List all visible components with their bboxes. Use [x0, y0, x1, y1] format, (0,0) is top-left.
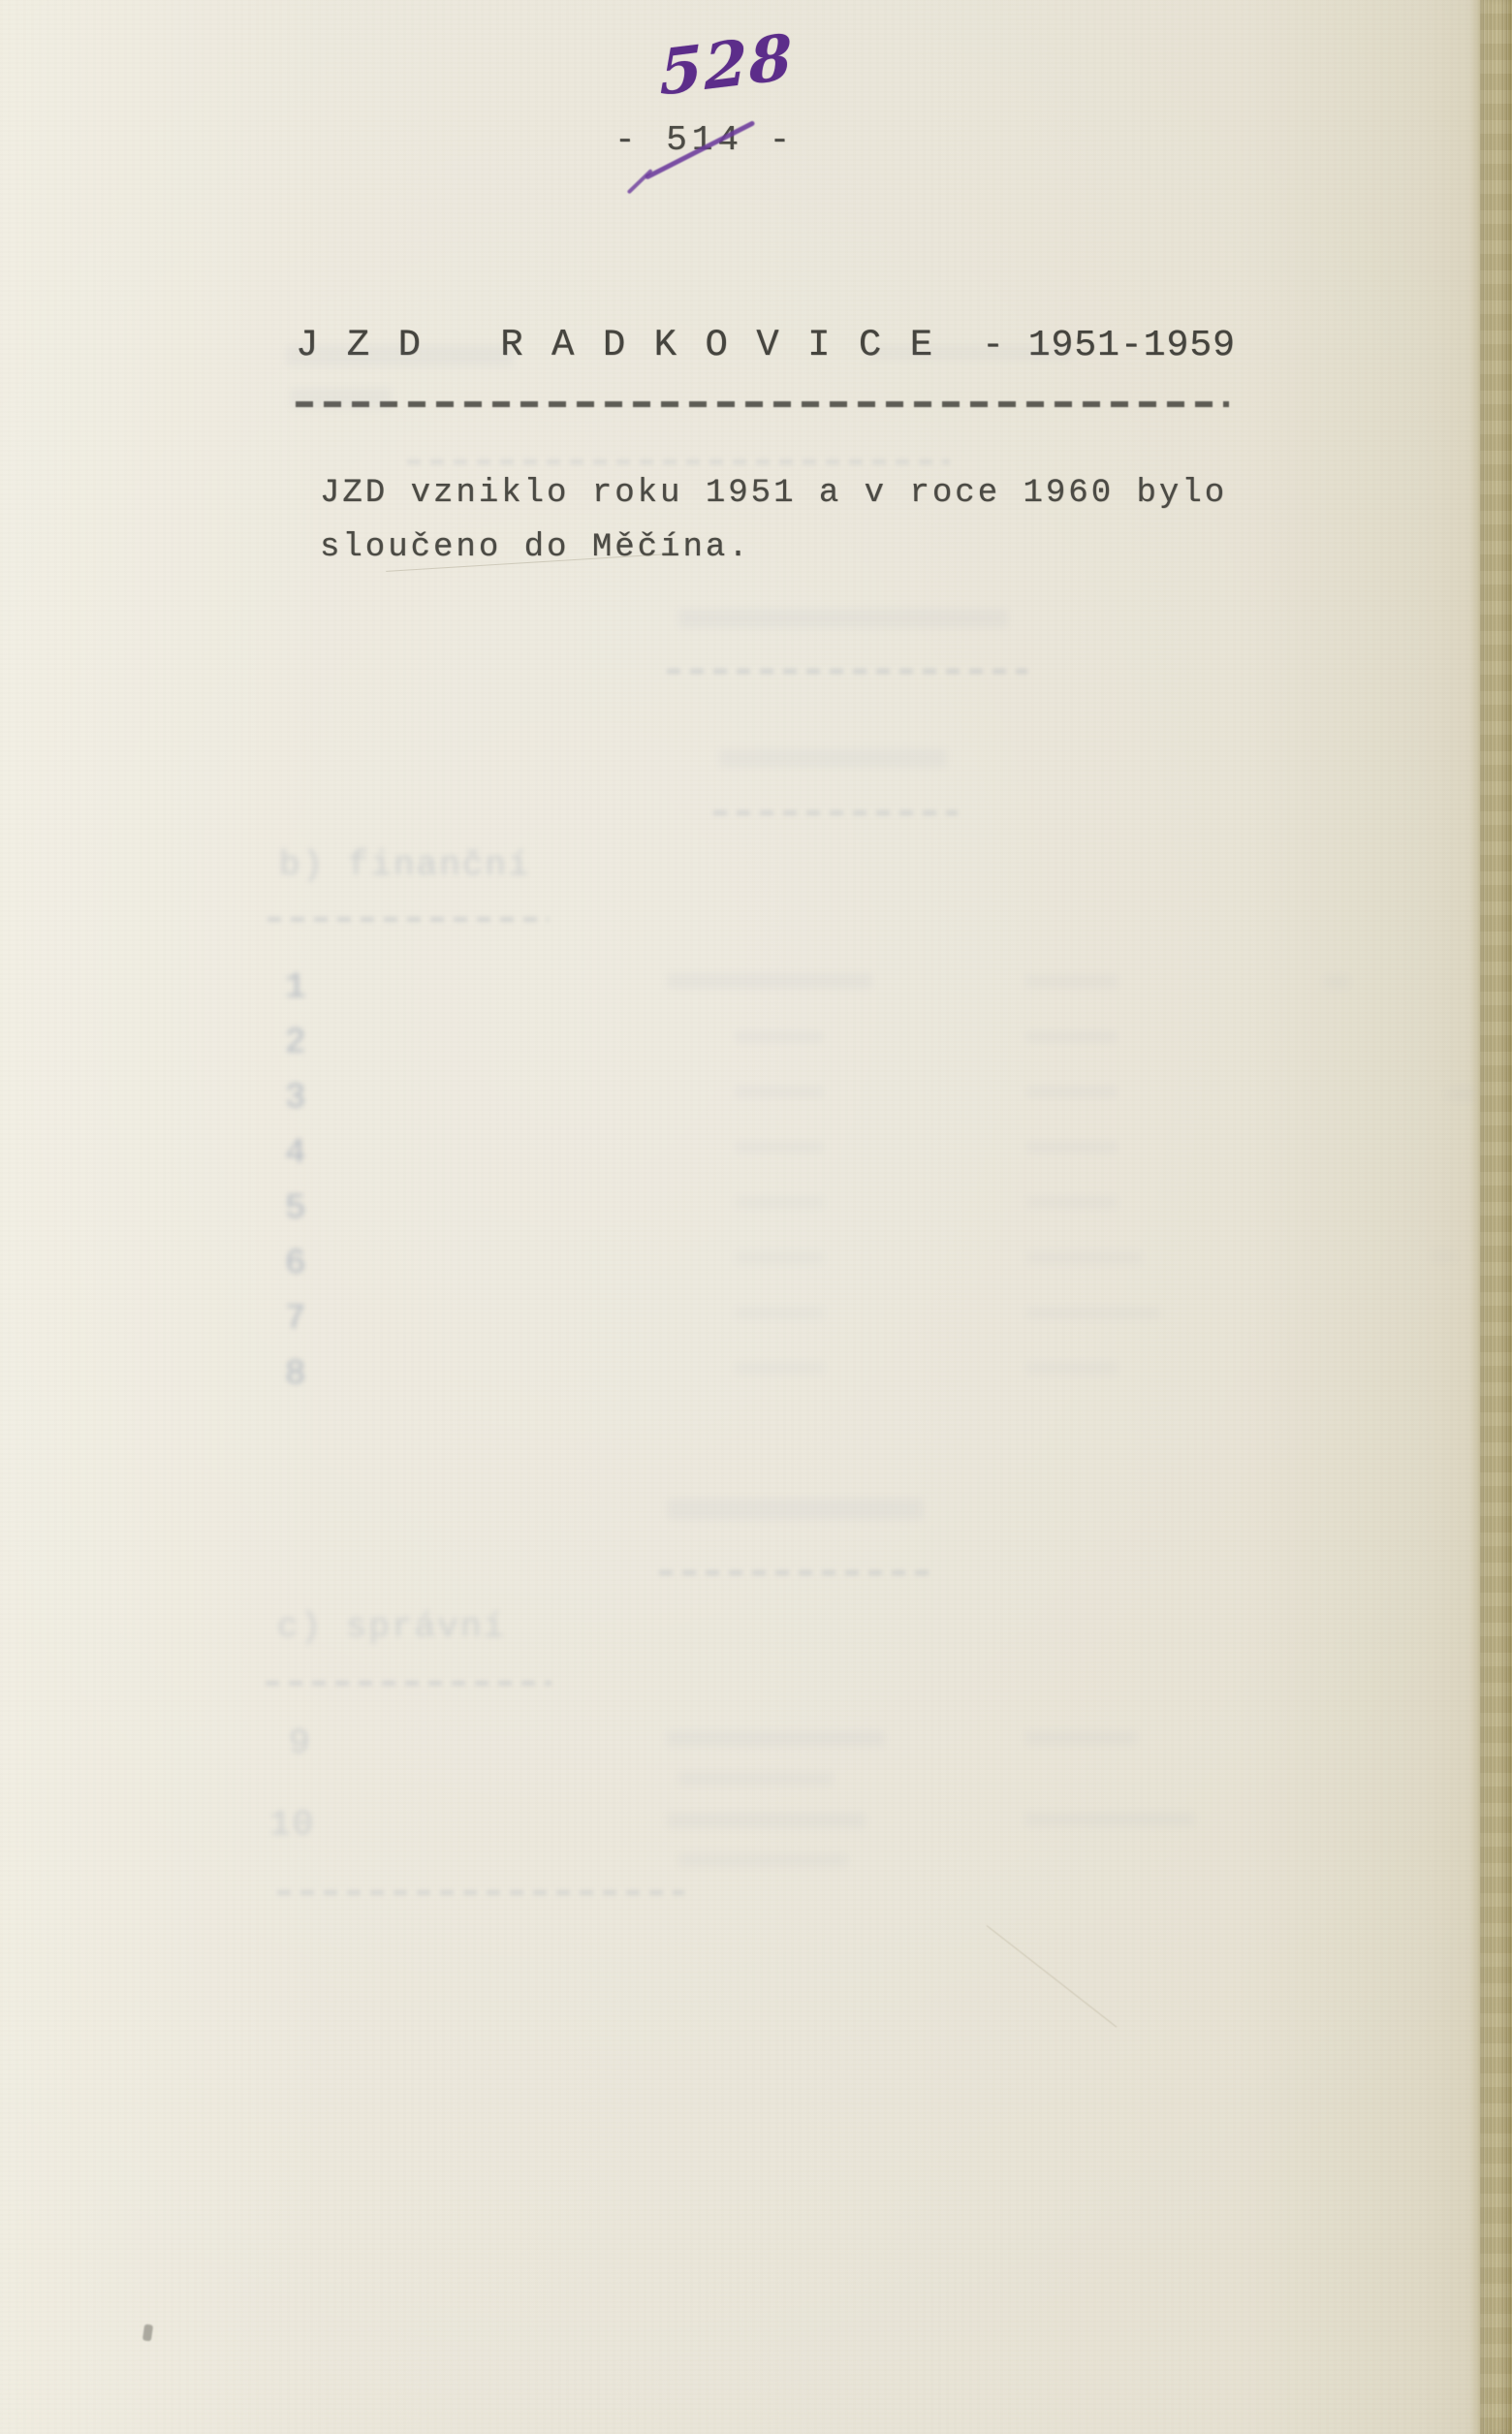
- ghost-heading-smudge: [667, 1499, 924, 1520]
- ghost-underline: [667, 669, 1027, 674]
- ghost-row-smudge: [678, 1853, 848, 1867]
- ghost-row-smudge: [1025, 1196, 1118, 1209]
- handwritten-page-number: 528: [659, 26, 795, 105]
- ghost-section-c: c) správní: [277, 1607, 506, 1647]
- ghost-row-smudge: [1025, 1362, 1118, 1375]
- ghost-ditto-mark: [735, 1362, 824, 1375]
- ghost-row-number: 1: [285, 967, 308, 1007]
- typed-page-number: - 514 -: [614, 120, 795, 160]
- ghost-row-smudge: [1025, 1307, 1161, 1319]
- ghost-heading-smudge: [719, 748, 947, 768]
- ghost-row-smudge: [1324, 975, 1349, 989]
- ghost-row-number: 3: [285, 1078, 308, 1118]
- ghost-row-smudge: [667, 973, 872, 989]
- ghost-row-smudge: [678, 1772, 834, 1786]
- title-dashed-underline: [296, 401, 1229, 407]
- ghost-row-number: 9: [289, 1723, 312, 1763]
- ghost-ditto-mark: [735, 1086, 824, 1098]
- paper-crease: [987, 1925, 1118, 2027]
- paper-speck: [142, 2323, 153, 2341]
- ghost-row-smudge: [1025, 975, 1118, 988]
- ghost-underline: [268, 917, 549, 922]
- ghost-ditto-mark: [735, 1196, 824, 1209]
- ghost-section-b: b) finanční: [279, 845, 531, 885]
- strikethrough-stroke-tail: [627, 169, 653, 194]
- ghost-row-smudge: [1025, 1030, 1118, 1043]
- ghost-row-number: 7: [285, 1299, 308, 1339]
- ghost-underline: [659, 1570, 932, 1575]
- ghost-ditto-mark: [735, 1251, 824, 1264]
- ghost-row-smudge: [1431, 1250, 1456, 1262]
- body-text-line-1: JZD vzniklo roku 1951 a v roce 1960 bylo: [320, 475, 1227, 512]
- ghost-heading-smudge: [678, 609, 1008, 628]
- ghost-row-number: 8: [285, 1354, 308, 1394]
- ghost-row-smudge: [1025, 1141, 1118, 1154]
- ghost-row-number: 4: [285, 1133, 308, 1173]
- ghost-smudge: [407, 459, 950, 464]
- ghost-row-number: 5: [285, 1188, 308, 1228]
- ghost-ditto-mark: [735, 1307, 824, 1319]
- ghost-smudge: [290, 388, 392, 409]
- ghost-underline: [713, 810, 958, 815]
- ghost-underline: [277, 1890, 684, 1895]
- ghost-row-smudge: [1025, 1731, 1137, 1745]
- scanned-page: 528 - 514 - J Z D R A D K O V I C E - 19…: [0, 0, 1512, 2434]
- ghost-row-smudge: [1025, 1813, 1195, 1826]
- ghost-row-number: 6: [285, 1244, 308, 1283]
- body-text-line-2: sloučeno do Měčína.: [320, 529, 751, 566]
- ghost-underline: [266, 1681, 551, 1686]
- ghost-row-number: 10: [269, 1805, 315, 1845]
- ghost-ditto-mark: [735, 1141, 824, 1154]
- ghost-row-smudge: [1025, 1086, 1118, 1098]
- ghost-smudge: [286, 345, 514, 366]
- ghost-row-smudge: [667, 1813, 866, 1828]
- ghost-ditto-mark: [735, 1030, 824, 1043]
- ghost-row-number: 2: [285, 1023, 308, 1062]
- page-edge-shadow: [1468, 0, 1480, 2434]
- ghost-row-smudge: [667, 1731, 885, 1747]
- page-edge-band: [1480, 0, 1512, 2434]
- ghost-row-smudge: [1025, 1251, 1142, 1264]
- ghost-smudge: [866, 345, 1074, 361]
